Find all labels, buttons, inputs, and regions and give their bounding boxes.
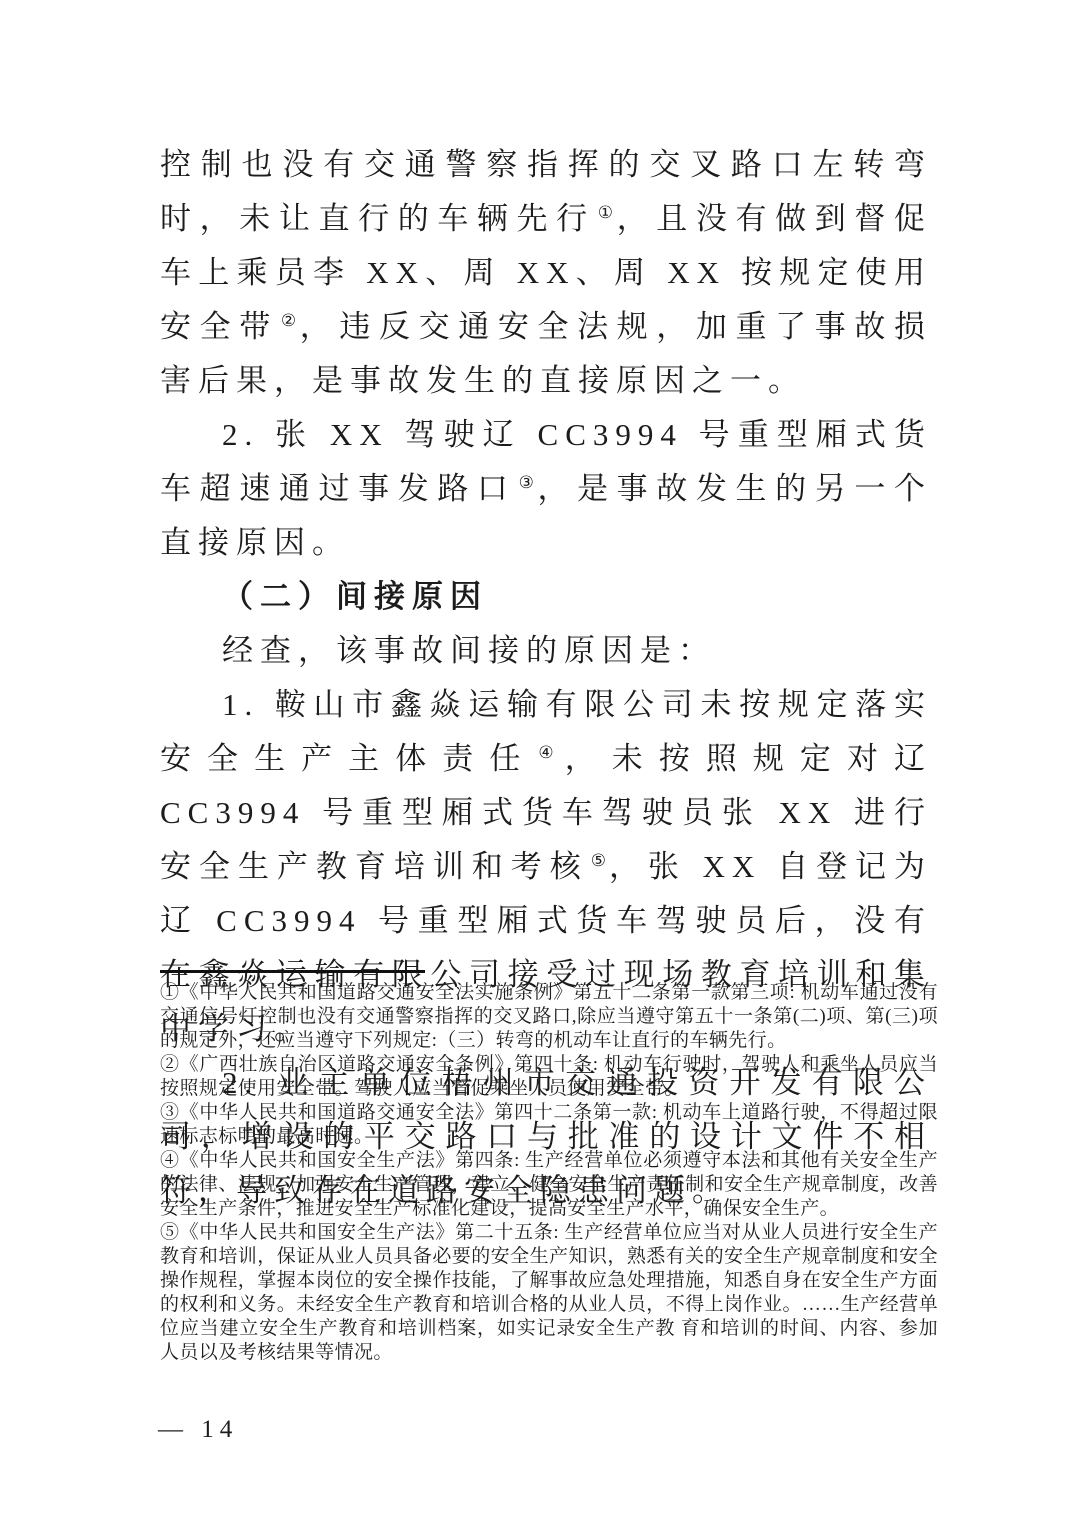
footnote-ref-3: ③ [519, 473, 536, 492]
paragraph-direct-cause-1: 控制也没有交通警察指挥的交叉路口左转弯时，未让直行的车辆先行①，且没有做到督促车… [160, 138, 932, 408]
footnote-ref-4: ④ [538, 743, 562, 762]
section-heading-indirect-causes: （二）间接原因 [160, 570, 932, 624]
footnote-item-5: ⑤《中华人民共和国安全生产法》第二十五条: 生产经营单位应当对从业人员进行安全生… [160, 1221, 938, 1365]
page-number: — 14 [158, 1416, 238, 1444]
footnote-item-2: ②《广西壮族自治区道路交通安全条例》第四十条: 机动车行驶时，驾驶人和乘坐人员应… [160, 1053, 938, 1101]
footnote-ref-1: ① [598, 203, 615, 222]
document-page: 控制也没有交通警察指挥的交叉路口左转弯时，未让直行的车辆先行①，且没有做到督促车… [0, 0, 1074, 1520]
footnote-item-4: ④《中华人民共和国安全生产法》第四条: 生产经营单位必须遵守本法和其他有关安全生… [160, 1149, 938, 1221]
footnote-item-3: ③《中华人民共和国道路交通安全法》第四十二条第一款: 机动车上道路行驶，不得超过… [160, 1101, 938, 1149]
paragraph-intro-indirect: 经查，该事故间接的原因是： [160, 624, 932, 678]
footnote-ref-2: ② [281, 311, 298, 330]
footnotes-section: ①《中华人民共和国道路交通安全法实施条例》第五十二条第一款第三项: 机动车通过没… [160, 970, 938, 1365]
footnote-item-1: ①《中华人民共和国道路交通安全法实施条例》第五十二条第一款第三项: 机动车通过没… [160, 981, 938, 1053]
footnote-ref-5: ⑤ [591, 851, 607, 870]
footnote-separator-line [160, 970, 425, 973]
paragraph-direct-cause-2: 2. 张 XX 驾驶辽 CC3994 号重型厢式货车超速通过事发路口③，是事故发… [160, 408, 932, 570]
